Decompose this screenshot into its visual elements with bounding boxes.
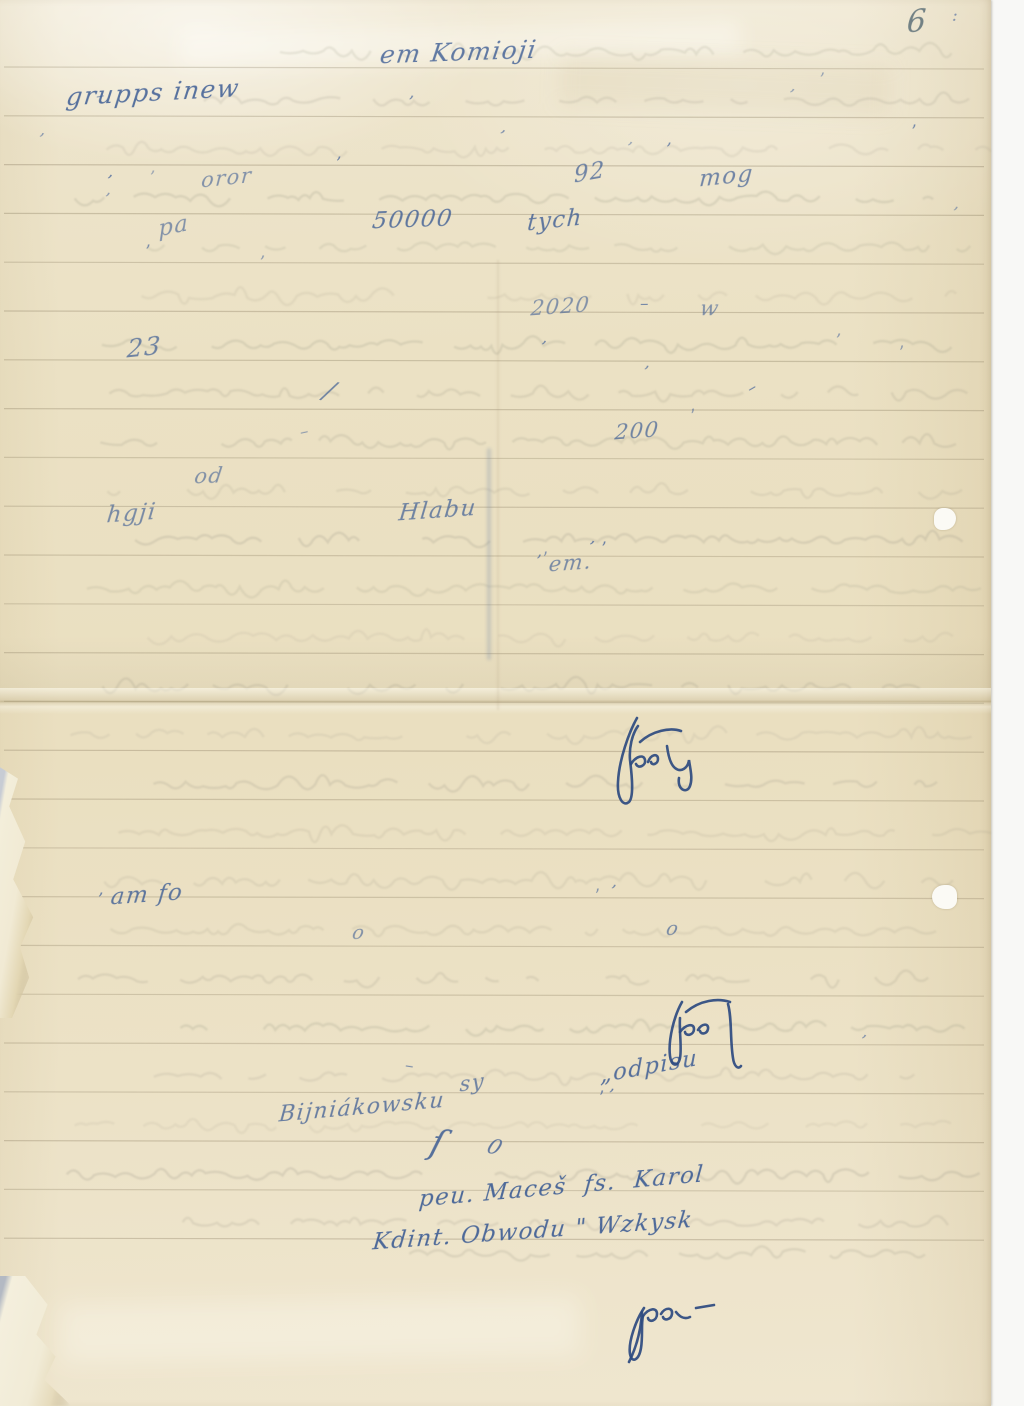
- handwriting-fragment: w: [698, 298, 721, 319]
- ink-mark: –: [298, 423, 310, 441]
- handwriting-fragment: peu. Maceš fs. Karol: [418, 1163, 705, 1211]
- ink-mark: ’: [607, 1088, 615, 1106]
- paper-hole: [932, 885, 957, 909]
- ink-mark: ’: [495, 129, 506, 147]
- ink-mark: ’: [594, 888, 603, 906]
- signature-second: [652, 992, 752, 1076]
- handwriting-fragment: 23: [126, 332, 162, 361]
- document-page: 6em Komiojigrupps ineworor92mogpa50000ty…: [0, 0, 991, 1406]
- ink-mark: ’: [599, 1090, 607, 1108]
- page-number: 6: [906, 6, 929, 39]
- handwriting-fragment: ſ: [426, 1126, 450, 1161]
- handwriting-fragment: /: [320, 378, 340, 405]
- handwriting-fragment: o: [665, 920, 681, 939]
- handwriting-fragment: 2020: [530, 294, 592, 319]
- ink-mark: ’: [666, 142, 672, 159]
- handwriting-fragment: o: [351, 924, 367, 943]
- ink-mark: ’: [898, 345, 907, 363]
- ink-mark: ’: [145, 244, 152, 262]
- handwriting-fragment: Kdint. Obwodu " Wzkysk: [372, 1209, 695, 1255]
- handwriting-fragment: am fo: [110, 881, 185, 909]
- ink-mark: ’: [98, 892, 104, 909]
- ink-mark: ‚: [39, 122, 47, 140]
- ink-mark: ’: [642, 365, 650, 383]
- handwriting-fragment: grupps inew: [65, 75, 241, 109]
- handwriting-fragment: od: [193, 465, 225, 487]
- handwriting-fragment: em Komioji: [378, 37, 538, 68]
- handwriting-fragment: mog: [698, 162, 754, 191]
- handwriting-fragment: oror: [201, 165, 254, 192]
- ink-mark: ’: [689, 408, 700, 426]
- handwriting-fragment: pa: [158, 211, 190, 241]
- handwriting-fragment: 50000: [371, 207, 455, 233]
- handwriting-fragment: 92: [574, 158, 606, 187]
- ink-mark: ’: [601, 541, 608, 559]
- ink-mark: ’: [407, 95, 414, 112]
- ink-mark: ’: [150, 170, 156, 187]
- handwriting-fragment: 200: [614, 419, 661, 443]
- ink-mark: ’: [951, 206, 959, 224]
- signature-initials: [612, 1286, 760, 1370]
- ink-mark: ’: [819, 72, 826, 89]
- ink-mark: –: [404, 1057, 415, 1075]
- ink-mark: ’: [624, 141, 633, 159]
- handwriting-fragment: tych: [526, 206, 583, 235]
- ink-mark: :: [952, 8, 958, 25]
- handwriting-layer: 6em Komiojigrupps ineworor92mogpa50000ty…: [0, 0, 991, 1406]
- handwriting-fragment: 0: [484, 1136, 507, 1159]
- ink-mark: ’: [858, 1034, 867, 1052]
- ink-mark: ’: [609, 884, 617, 902]
- handwriting-fragment: Bijniákowsku: [278, 1089, 446, 1126]
- ink-mark: ’: [911, 124, 918, 142]
- scanned-document: 6em Komiojigrupps ineworor92mogpa50000ty…: [0, 0, 1024, 1406]
- ink-mark: –: [640, 296, 649, 313]
- handwriting-fragment: Hlabu: [398, 497, 478, 526]
- ink-mark: –: [744, 379, 760, 398]
- ink-mark: ’: [536, 554, 542, 571]
- handwriting-fragment: sy: [459, 1070, 485, 1095]
- ink-mark: ’: [336, 156, 342, 173]
- ink-mark: ’: [786, 88, 795, 106]
- ink-mark: ’: [103, 192, 111, 210]
- ink-mark: ’: [538, 340, 547, 358]
- ink-mark: ’: [260, 255, 266, 272]
- ink-mark: ’: [586, 540, 595, 558]
- ink-mark: ’: [836, 333, 842, 350]
- signature-main: [603, 710, 731, 822]
- handwriting-fragment: hgji: [106, 501, 158, 528]
